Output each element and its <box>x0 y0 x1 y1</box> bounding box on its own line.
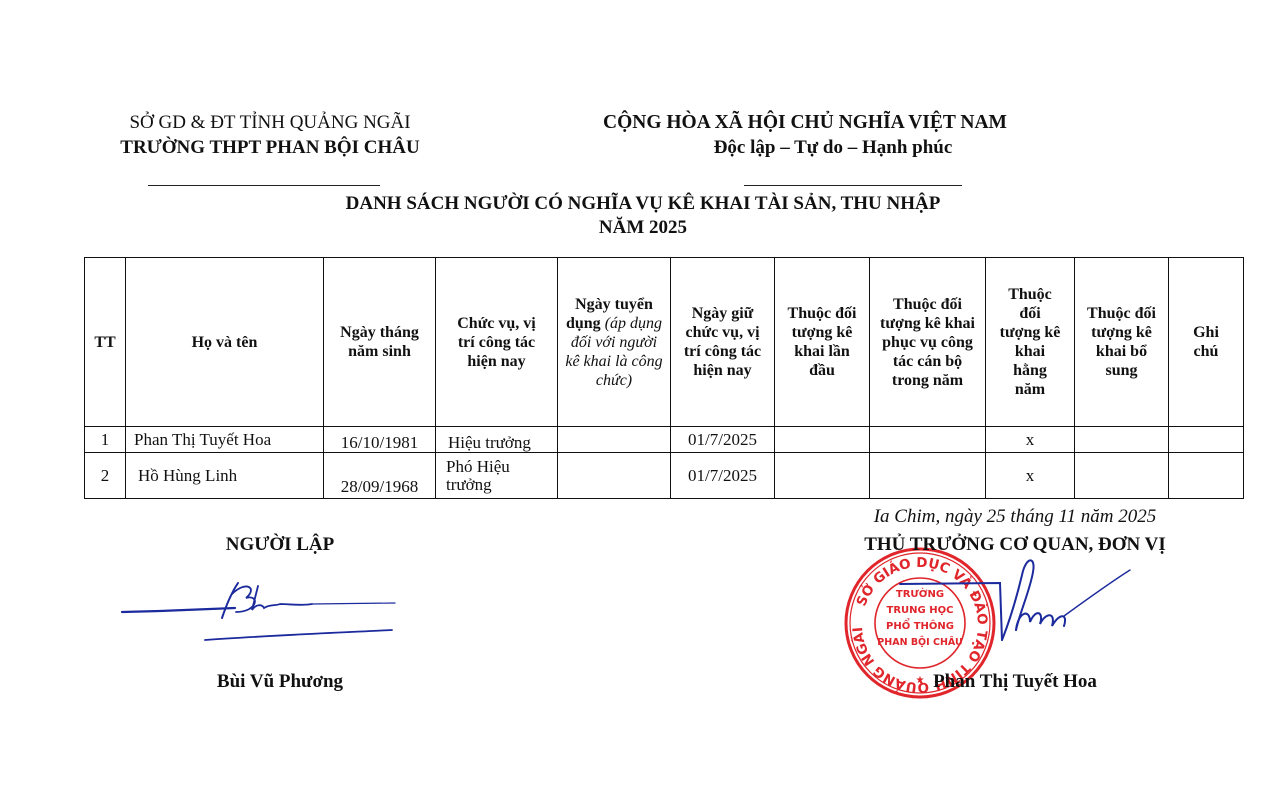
head-name: Phan Thị Tuyết Hoa <box>880 671 1150 693</box>
